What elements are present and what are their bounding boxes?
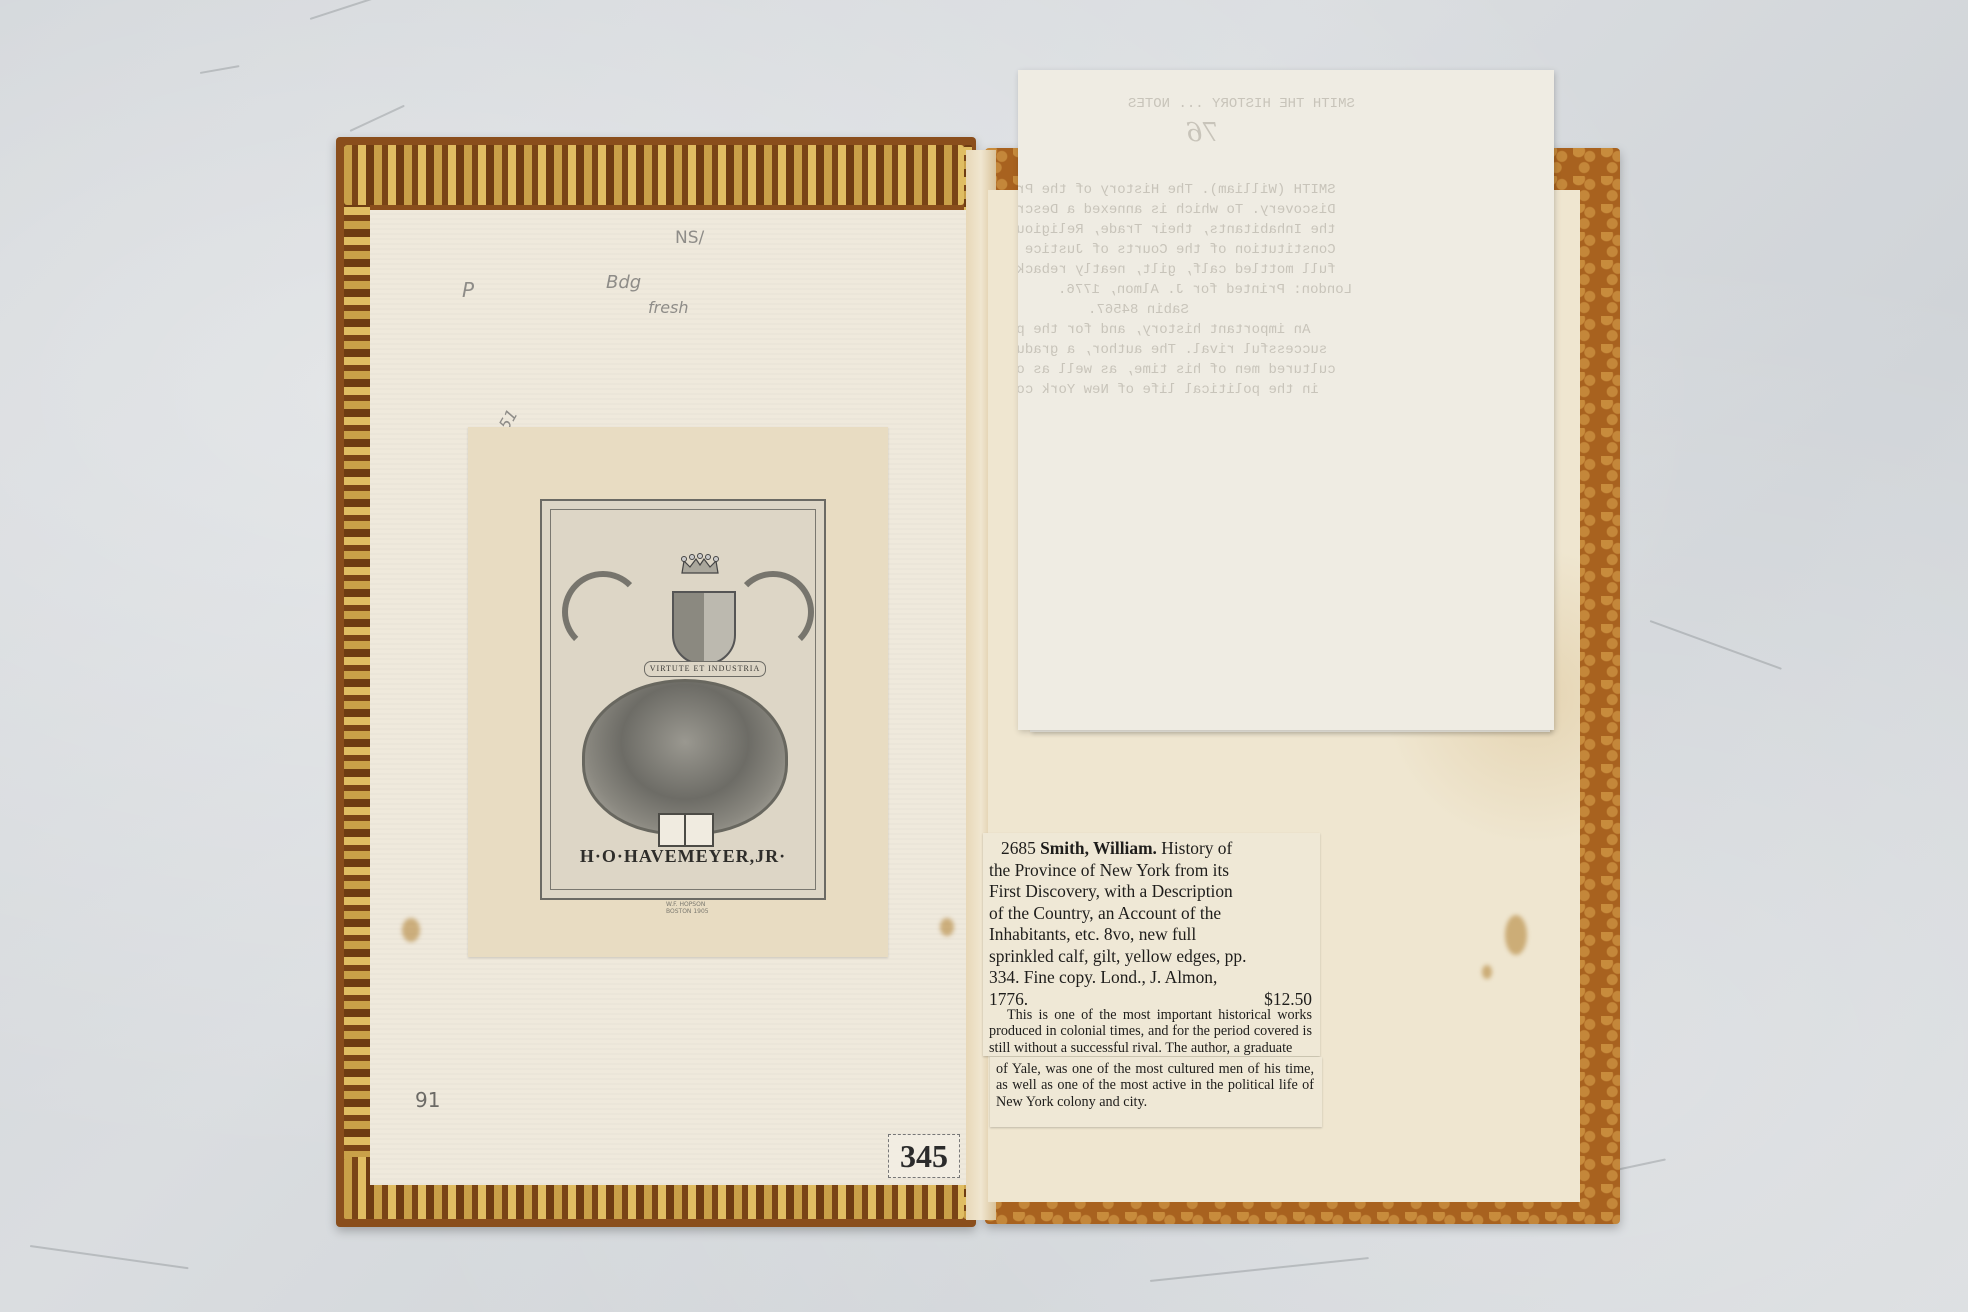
lot-number: 2685	[1001, 838, 1036, 858]
foxing-stain	[940, 918, 954, 936]
foxing-stain	[402, 918, 420, 942]
pencil-note: 91	[415, 1088, 440, 1112]
typed-line: in the political life of New York col	[1018, 382, 1319, 398]
acanthus-scroll-icon	[562, 571, 644, 653]
estate-landscape-image	[582, 679, 788, 835]
catalog-clipping: 2685 Smith, William. History of the Prov…	[983, 833, 1320, 1056]
clipping-entry: 2685 Smith, William. History of the Prov…	[989, 838, 1312, 1010]
motto-ribbon: VIRTUTE ET INDUSTRIA	[644, 661, 766, 677]
coat-of-arms-icon	[672, 591, 736, 665]
catalog-clipping-continuation: of Yale, was one of the most cultured me…	[990, 1057, 1322, 1127]
clipping-author: Smith, William.	[1040, 838, 1157, 858]
typed-line: Sabin 84567.	[1088, 302, 1189, 318]
foxing-stain	[1505, 915, 1527, 955]
typed-line: the Inhabitants, their Trade, Religious	[1018, 222, 1336, 238]
typed-line: Constitution of the Courts of Justice i	[1018, 242, 1336, 258]
typed-line: cultured men of his time, as well as on	[1018, 362, 1336, 378]
acanthus-scroll-icon	[732, 571, 814, 653]
handwritten-number: 76	[1186, 118, 1219, 148]
typed-line: An important history, and for the pe	[1018, 322, 1310, 338]
open-book-icon	[658, 813, 714, 847]
typed-description-sheet: SMITH THE HISTORY ... NOTES 76 SMITH (Wi…	[1018, 70, 1554, 730]
pencil-note: fresh	[648, 298, 689, 317]
clipping-description: This is one of the most important histor…	[989, 1007, 1312, 1056]
bookplate-engraving: VIRTUTE ET INDUSTRIA H·O·HAVEMEYER,JR·	[540, 499, 826, 900]
typed-header: SMITH THE HISTORY ... NOTES	[1128, 96, 1355, 112]
gilt-border-top	[344, 145, 964, 205]
pencil-note: Bdg	[606, 272, 641, 293]
bookplate: VIRTUTE ET INDUSTRIA H·O·HAVEMEYER,JR· W…	[468, 427, 888, 957]
typed-line: London: Printed for J. Almon, 1776.	[1058, 282, 1352, 298]
typed-line: SMITH (William). The History of the Pro	[1018, 182, 1336, 198]
gilt-border-left	[344, 145, 370, 1219]
inventory-number-label: 345	[888, 1134, 960, 1178]
typed-line: full mottled calf, gilt, neatly rebacke	[1018, 262, 1336, 278]
coronet-icon	[678, 553, 722, 575]
typed-line: successful rival. The author, a gradua	[1018, 342, 1327, 358]
foxing-stain	[1482, 965, 1492, 979]
pencil-note: P	[462, 278, 474, 302]
typed-line: Discovery. To which is annexed a Descri	[1018, 202, 1336, 218]
engraver-signature: W.F. HOPSON BOSTON 1905	[666, 901, 709, 915]
pencil-note: NS/	[675, 228, 704, 248]
bookplate-owner-name: H·O·HAVEMEYER,JR·	[542, 846, 824, 867]
clipping-description-continued: of Yale, was one of the most cultured me…	[996, 1061, 1314, 1110]
